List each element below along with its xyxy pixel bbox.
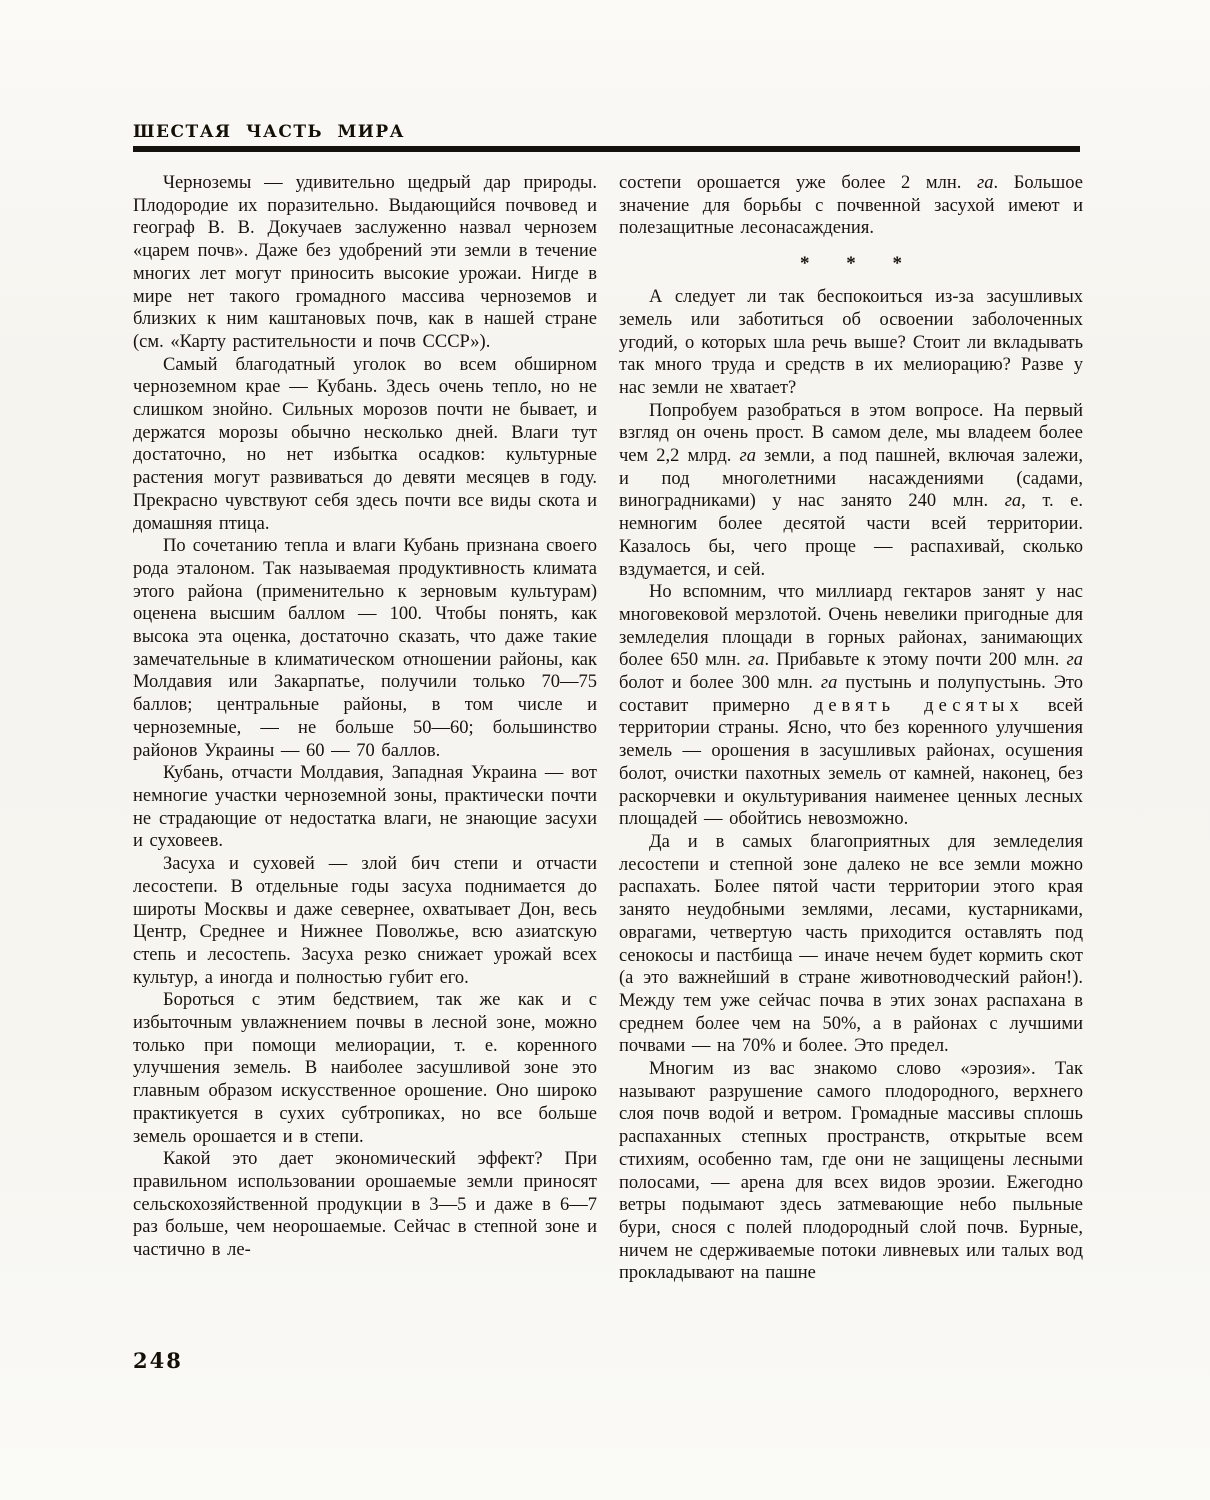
- text-column-right: состепи орошается уже более 2 млн. га. Б…: [619, 172, 1083, 1285]
- paragraph: Кубань, отчасти Молдавия, Западная Украи…: [133, 762, 597, 853]
- running-head: ШЕСТАЯ ЧАСТЬ МИРА: [133, 122, 405, 142]
- page-number: 248: [133, 1348, 183, 1373]
- header-rule: [133, 146, 1080, 152]
- paragraph: Самый благодатный уголок во всем обширно…: [133, 354, 597, 536]
- paragraph: Многим из вас знакомо слово «эрозия». Та…: [619, 1058, 1083, 1285]
- paragraph: Бороться с этим бедствием, так же как и …: [133, 989, 597, 1148]
- book-page: ШЕСТАЯ ЧАСТЬ МИРА Черноземы — удивительн…: [0, 0, 1210, 1500]
- paragraph: Да и в самых благоприятных для земледели…: [619, 831, 1083, 1058]
- paragraph: Черноземы — удивительно щедрый дар приро…: [133, 172, 597, 354]
- paragraph: Засуха и суховей — злой бич степи и отча…: [133, 853, 597, 989]
- paragraph: Но вспомним, что миллиард гектаров занят…: [619, 581, 1083, 831]
- text-column-left: Черноземы — удивительно щедрый дар приро…: [133, 172, 597, 1285]
- paragraph: Попробуем разобраться в этом вопросе. На…: [619, 400, 1083, 582]
- paragraph-continuation: состепи орошается уже более 2 млн. га. Б…: [619, 172, 1083, 240]
- paragraph: По сочетанию тепла и влаги Кубань призна…: [133, 535, 597, 762]
- paragraph: А следует ли так беспокоиться из-за засу…: [619, 286, 1083, 400]
- text-columns: Черноземы — удивительно щедрый дар приро…: [133, 172, 1083, 1285]
- section-separator: * * *: [619, 253, 1083, 275]
- paragraph: Какой это дает экономический эффект? При…: [133, 1148, 597, 1262]
